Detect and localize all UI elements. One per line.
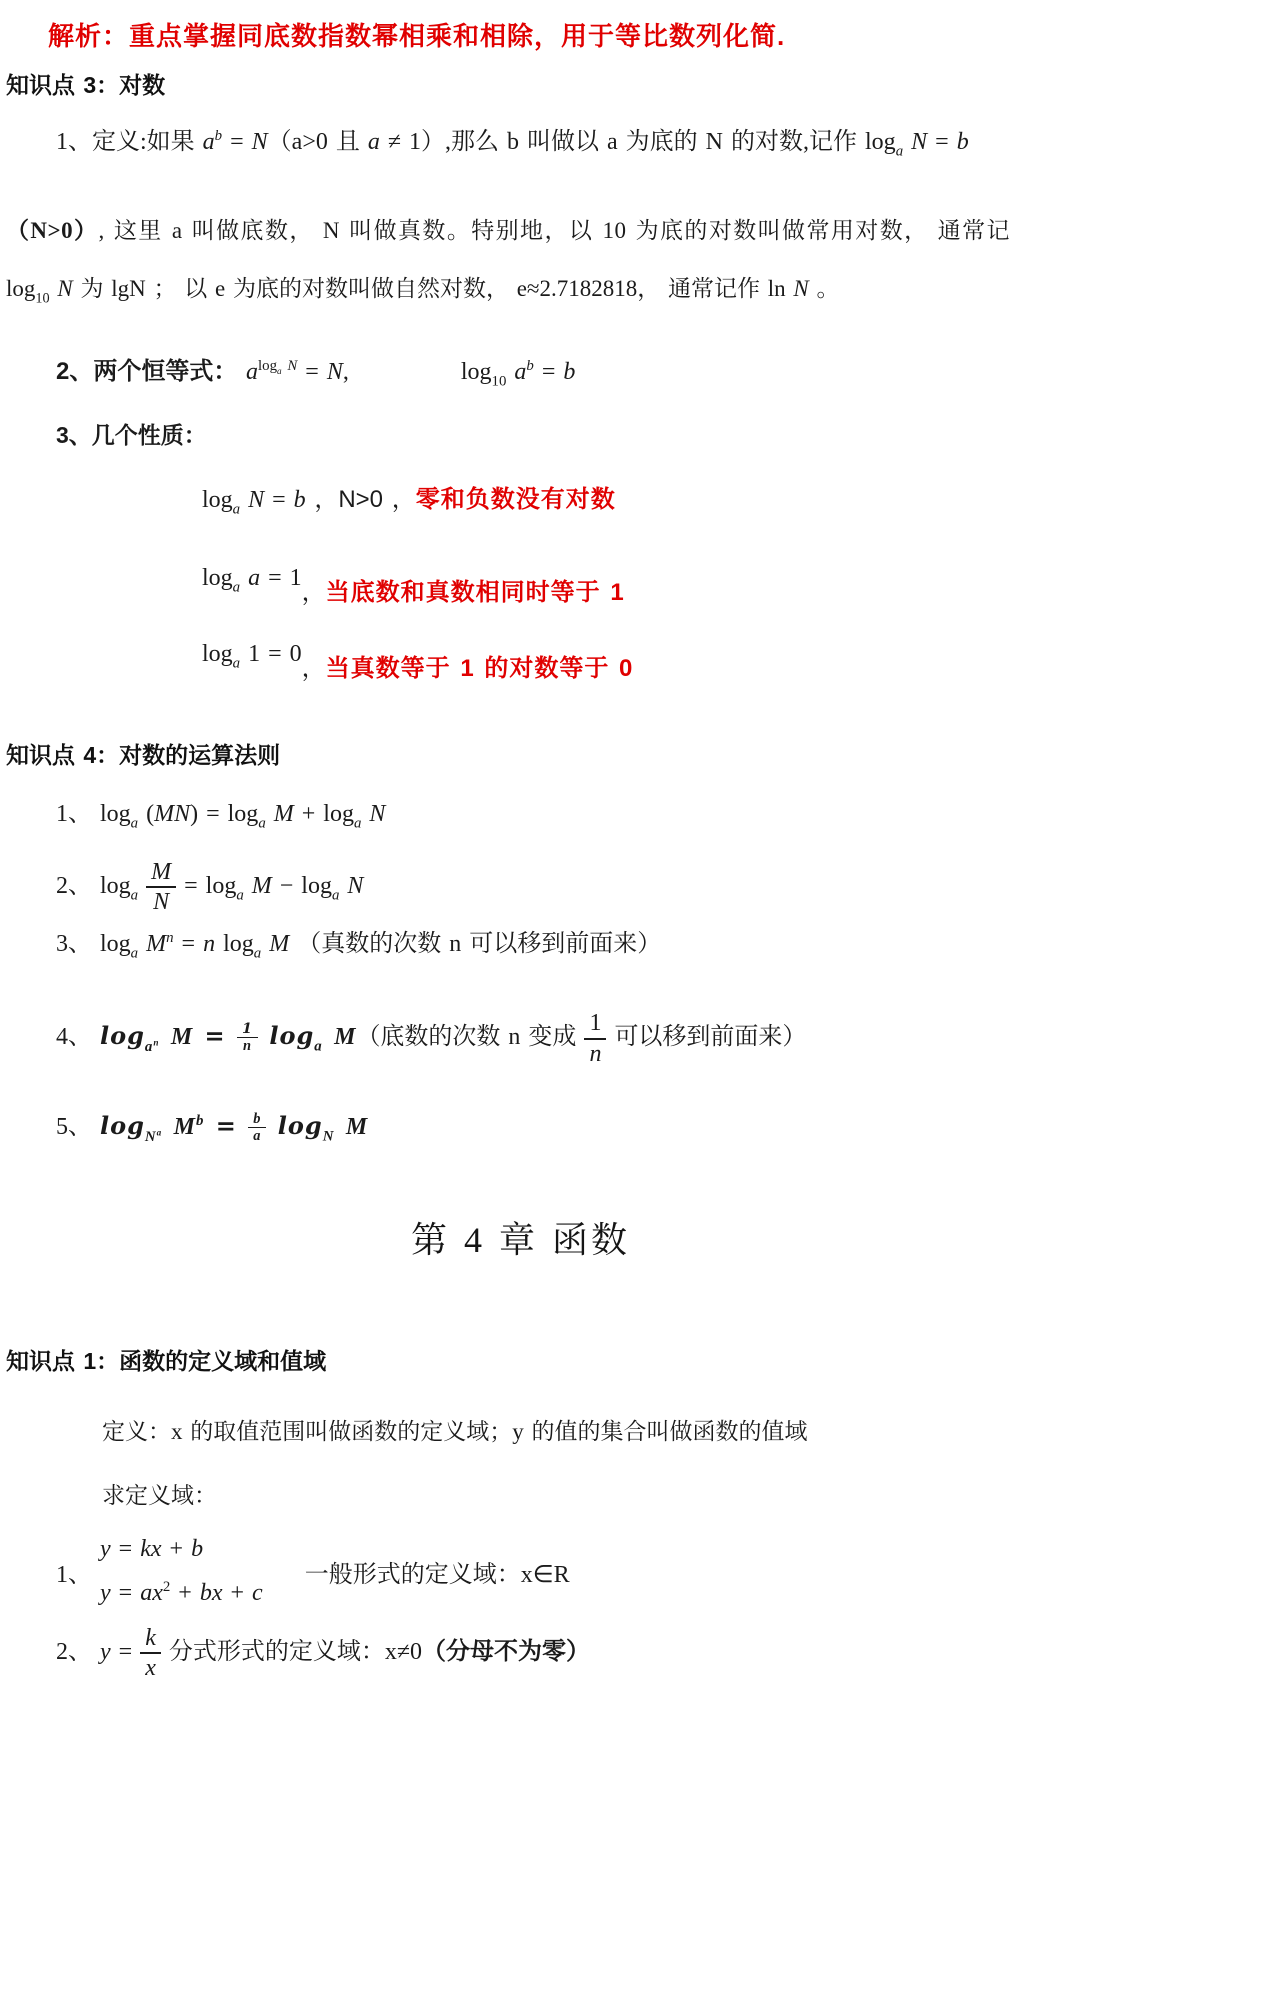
domain-case-1: 1、 y = kx + b y = ax2 + bx + c 一般形式的定义域：…: [6, 1536, 1035, 1607]
log-property-3: loga 1 = 0， 当真数等于 1 的对数等于 0: [6, 638, 1035, 686]
log-property-2: loga a = 1， 当底数和真数相同时等于 1: [6, 562, 1035, 610]
domain-case-2: 2、 y = kx 分式形式的定义域：x≠0（分母不为零）: [6, 1625, 1035, 1682]
general-domain-note: 一般形式的定义域：x∈R: [305, 1554, 570, 1589]
quadratic-equation: y = ax2 + bx + c: [100, 1579, 263, 1607]
log-rule-3: 3、 loga Mn = n loga M （真数的次数 n 可以移到前面来）: [6, 928, 1035, 965]
chapter-4-title: 第 4 章 函数: [6, 1212, 1035, 1263]
log-identities: 2、两个恒等式： aloga N = N, log10 ab = b: [6, 355, 1035, 393]
log-rule-1: 1、 loga (MN) = loga M + loga N: [6, 798, 1035, 835]
domain-value-definition: 定义：x 的取值范围叫做函数的定义域；y 的值的集合叫做函数的值域: [6, 1416, 1035, 1448]
kp4-heading: 知识点 4：对数的运算法则: [6, 737, 1035, 770]
log-definition-line-3: log10 N 为 lgN ； 以 e 为底的对数叫做自然对数， e≈2.718…: [6, 273, 1035, 309]
kp3-heading: 知识点 3：对数: [6, 67, 1035, 100]
log-rule-4: 4、 logan M = 1n loga M（底数的次数 n 变成 1n 可以移…: [6, 1010, 1035, 1067]
document-page: 解析：重点掌握同底数指数幂相乘和相除，用于等比数列化简. 知识点 3：对数 1、…: [0, 0, 1035, 1682]
log-definition-line-2: （N>0）, 这里 a 叫做底数， N 叫做真数。特别地，以 10 为底的对数叫…: [6, 215, 1010, 247]
kp1-heading: 知识点 1：函数的定义域和值域: [6, 1343, 1035, 1376]
case-1-equations: y = kx + b y = ax2 + bx + c: [100, 1536, 263, 1607]
log-rule-2: 2、 loga MN = loga M − loga N: [6, 859, 1035, 916]
log-definition-line-1: 1、定义:如果 ab = N（a>0 且 a ≠ 1）,那么 b 叫做以 a 为…: [6, 126, 1035, 163]
analysis-note: 解析：重点掌握同底数指数幂相乘和相除，用于等比数列化简.: [6, 16, 1035, 53]
find-domain-label: 求定义域：: [6, 1480, 1035, 1512]
linear-equation: y = kx + b: [100, 1536, 263, 1563]
case-1-number: 1、: [56, 1554, 92, 1589]
log-rule-5: 5、 logNa Mb = ba logN M: [6, 1109, 1035, 1148]
log-property-1: loga N = b ，N>0 ，零和负数没有对数: [6, 483, 1035, 521]
log-properties-heading: 3、几个性质：: [6, 419, 1035, 451]
